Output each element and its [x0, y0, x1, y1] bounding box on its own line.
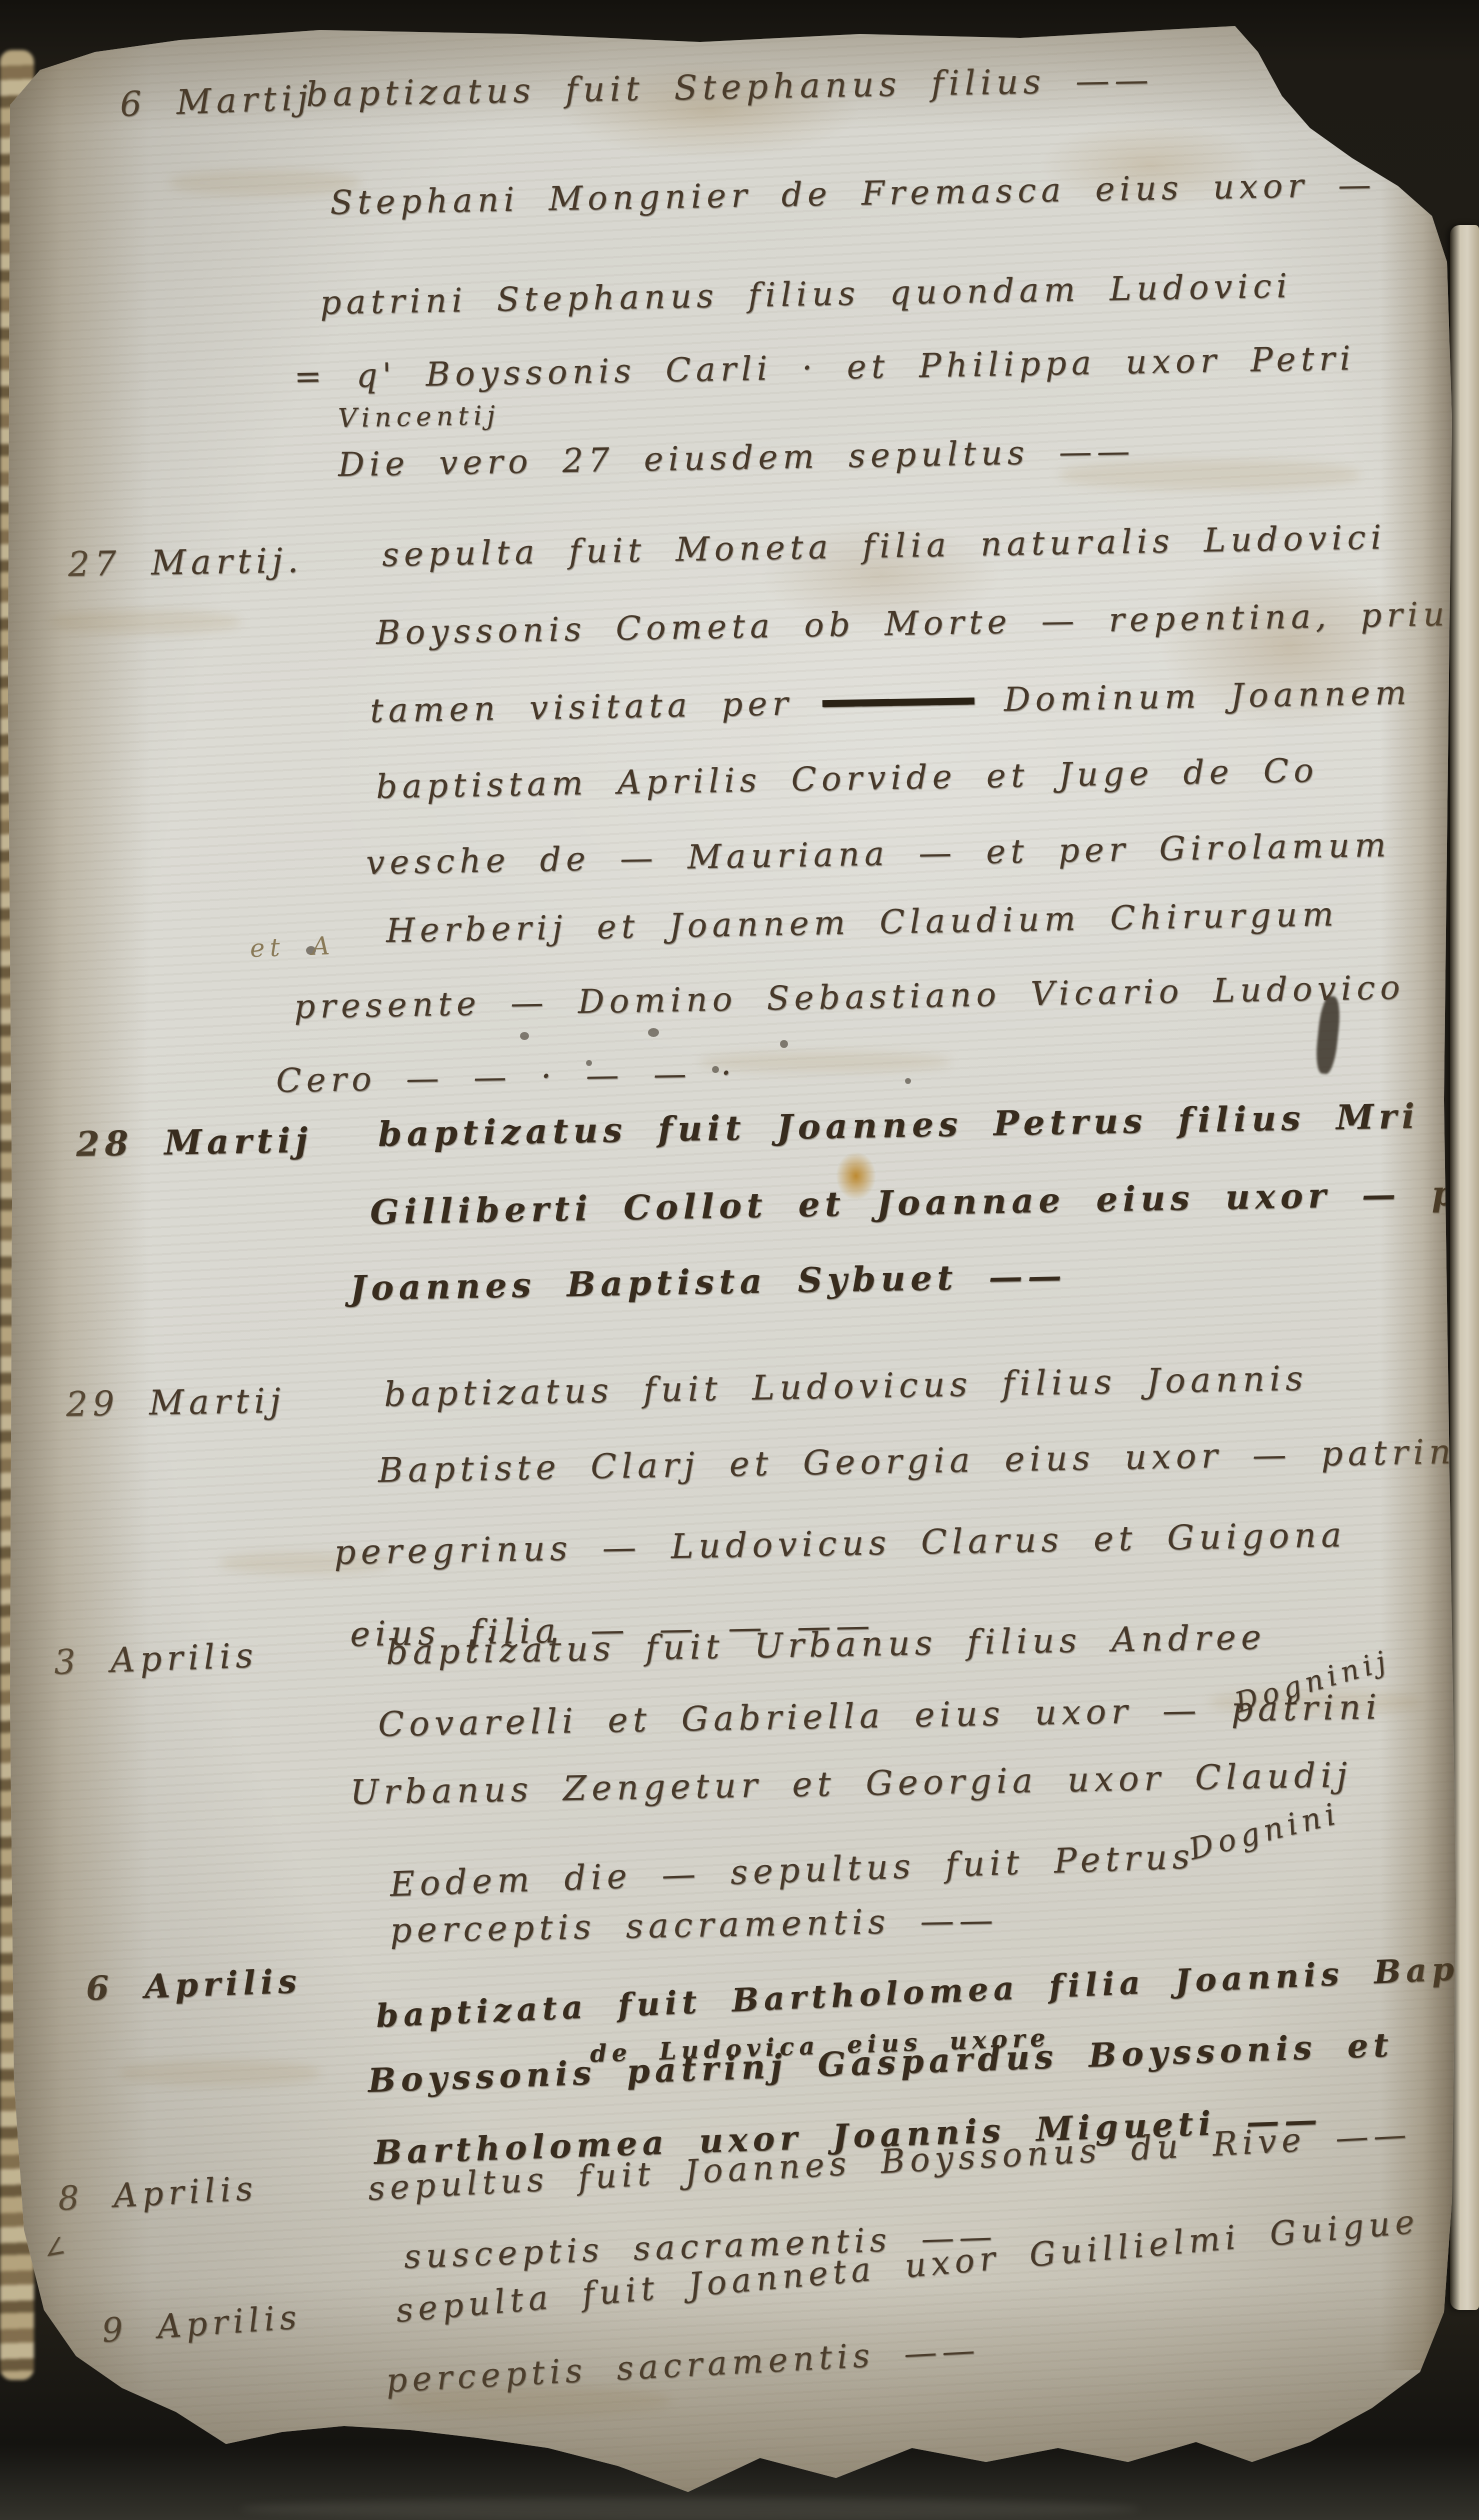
table-surface-sliver — [240, 2498, 1140, 2520]
manuscript-page: 6 Martij baptizatus fuit Stephanus filiu… — [0, 0, 1479, 2520]
vignette — [0, 0, 1479, 2520]
